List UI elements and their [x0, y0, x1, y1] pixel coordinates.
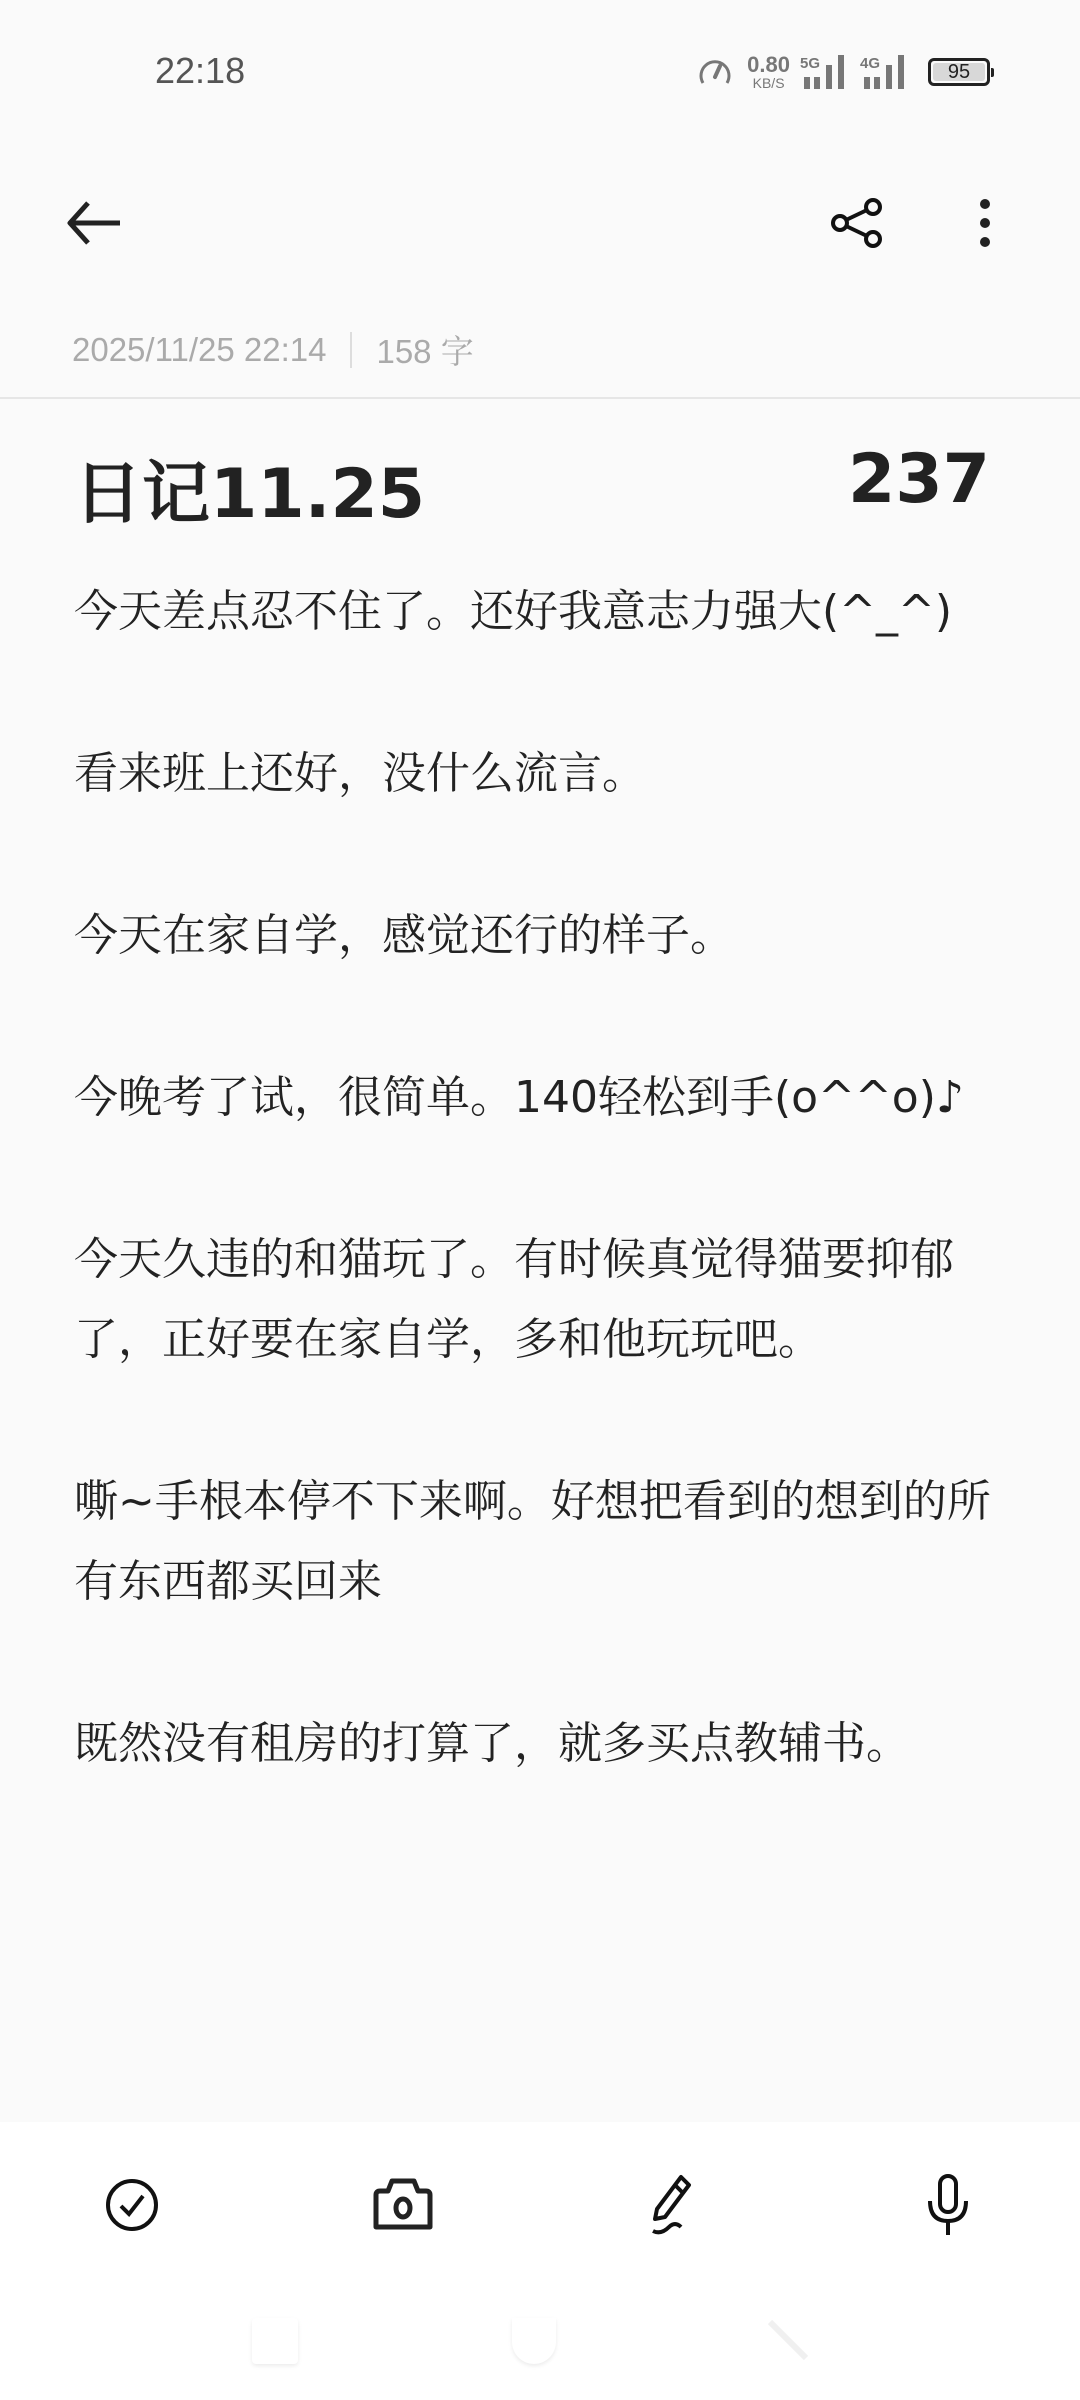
- paragraph: 今天在家自学，感觉还行的样子。: [74, 896, 994, 976]
- status-time: 22:18: [155, 50, 245, 92]
- nav-home-button[interactable]: [512, 2318, 556, 2364]
- share-icon: [830, 198, 884, 248]
- paragraph: 嘶~手根本停不下来啊。好想把看到的想到的所有东西都买回来: [74, 1462, 994, 1622]
- camera-icon: [372, 2177, 434, 2233]
- paragraph: 看来班上还好，没什么流言。: [74, 734, 994, 814]
- note-title[interactable]: 日记11.25: [74, 440, 425, 537]
- checklist-button[interactable]: [87, 2160, 177, 2250]
- check-circle-icon: [104, 2177, 160, 2233]
- battery-icon: 95: [928, 58, 990, 86]
- handwriting-button[interactable]: [628, 2160, 718, 2250]
- network-speed: 0.80 KB/S: [747, 54, 790, 90]
- header-divider: [0, 397, 1080, 399]
- arrow-left-icon: [66, 199, 124, 247]
- camera-button[interactable]: [358, 2160, 448, 2250]
- share-button[interactable]: [820, 188, 894, 258]
- nav-recents-button[interactable]: [252, 2318, 298, 2364]
- more-vertical-icon: [978, 198, 992, 248]
- signal-4g-icon: 4G: [860, 55, 910, 89]
- microphone-icon: [925, 2173, 971, 2237]
- note-char-count: 158 字: [376, 326, 473, 373]
- note-body[interactable]: 今天差点忍不住了。还好我意志力强大(^_^) 看来班上还好，没什么流言。 今天在…: [74, 572, 994, 1866]
- voice-button[interactable]: [903, 2160, 993, 2250]
- status-icons: 0.80 KB/S 5G 4G 95: [697, 52, 990, 92]
- paragraph: 既然没有租房的打算了，就多买点教辅书。: [74, 1704, 994, 1784]
- battery-level: 95: [948, 61, 970, 84]
- back-button[interactable]: [58, 188, 132, 258]
- meta-separator: [350, 332, 352, 368]
- note-number: 237: [848, 440, 990, 519]
- more-options-button[interactable]: [948, 188, 1022, 258]
- network-speed-unit: KB/S: [753, 76, 785, 90]
- speed-gauge-icon: [697, 53, 733, 91]
- nav-back-icon: [766, 2318, 812, 2364]
- paragraph: 今天久违的和猫玩了。有时候真觉得猫要抑郁了，正好要在家自学，多和他玩玩吧。: [74, 1220, 994, 1380]
- network-speed-value: 0.80: [747, 54, 790, 76]
- pen-icon: [645, 2173, 701, 2237]
- note-datetime: 2025/11/25 22:14: [72, 331, 326, 369]
- paragraph: 今晚考了试，很简单。140轻松到手(o^^o)♪: [74, 1058, 994, 1138]
- nav-back-button[interactable]: [766, 2318, 812, 2364]
- signal-5g-icon: 5G: [800, 55, 850, 89]
- paragraph: 今天差点忍不住了。还好我意志力强大(^_^): [74, 572, 994, 652]
- note-meta: 2025/11/25 22:14 158 字: [72, 326, 474, 373]
